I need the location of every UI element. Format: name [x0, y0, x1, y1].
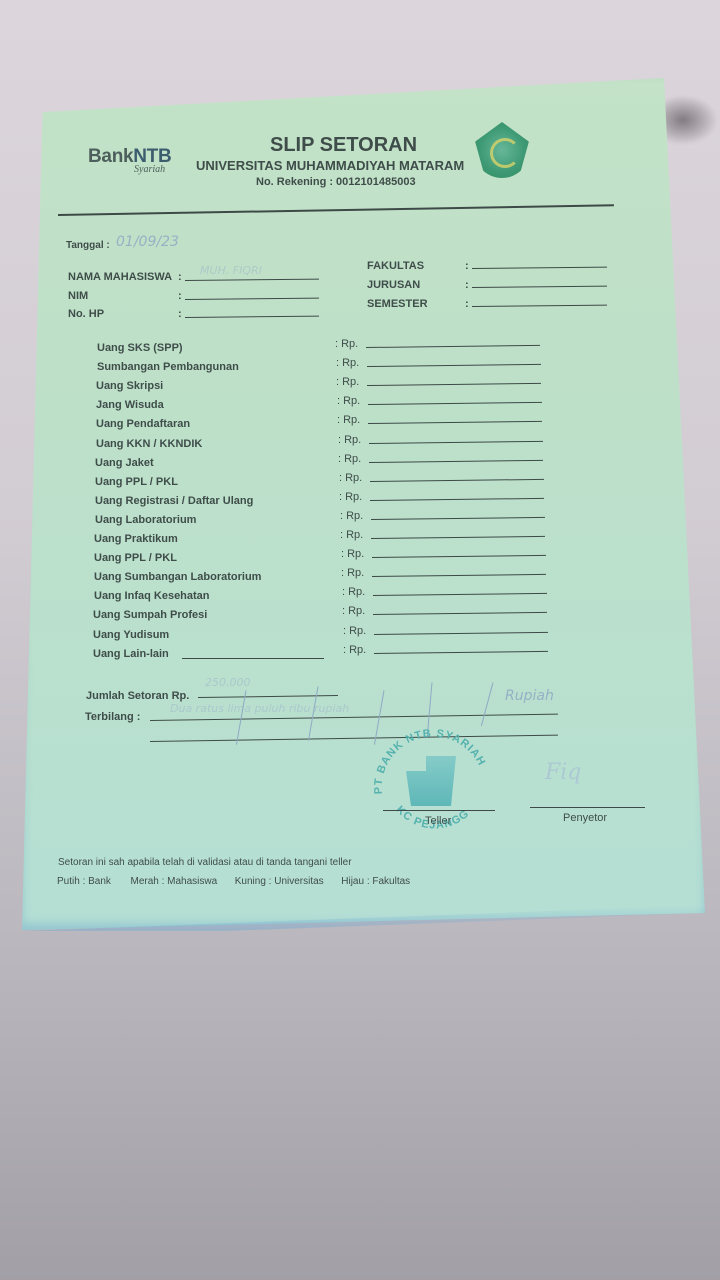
student-field-label: NIM	[68, 290, 88, 302]
fee-item-rp: : Rp.	[342, 605, 365, 617]
institution-name: UNIVERSITAS MUHAMMADIYAH MATARAM	[196, 158, 464, 173]
fee-item-label: Uang Infaq Kesehatan	[94, 590, 210, 602]
in-words-label: Terbilang :	[85, 711, 140, 723]
bank-logo-sub: Syariah	[134, 164, 165, 175]
date-value: 01/09/23	[116, 234, 179, 250]
fee-item-label: Uang Registrasi / Daftar Ulang	[95, 495, 253, 507]
account-number: No. Rekening : 0012101485003	[256, 176, 416, 188]
fee-item-label: Uang SKS (SPP)	[97, 342, 183, 354]
copy-red: Merah : Mahasiswa	[130, 876, 217, 887]
fee-item-label: Uang PPL / PKL	[94, 552, 177, 564]
fee-item-rp: : Rp.	[338, 434, 361, 446]
copy-distribution: Putih : Bank Merah : Mahasiswa Kuning : …	[57, 876, 410, 887]
academic-field-separator: :	[465, 298, 469, 310]
fee-item-rp: : Rp.	[339, 472, 362, 484]
copy-yellow: Kuning : Universitas	[235, 876, 324, 887]
fee-item-label: Uang Skripsi	[96, 380, 163, 392]
student-field-separator: :	[178, 308, 182, 320]
copy-green: Hijau : Fakultas	[341, 876, 410, 887]
fee-item-label: Uang PPL / PKL	[95, 476, 178, 488]
amount-label: Jumlah Setoran Rp.	[86, 690, 189, 702]
svg-text:PT BANK NTB SYARIAH: PT BANK NTB SYARIAH	[373, 728, 488, 795]
depositor-signature-line	[530, 807, 645, 808]
student-field-label: No. HP	[68, 308, 104, 320]
validity-note: Setoran ini sah apabila telah di validas…	[58, 857, 352, 868]
fee-item-label: Uang Yudisum	[93, 629, 169, 641]
bank-logo-main: Bank	[88, 146, 133, 167]
depositor-label: Penyetor	[563, 812, 607, 824]
fee-item-rp: : Rp.	[340, 510, 363, 522]
fee-item-rp: : Rp.	[339, 491, 362, 503]
student-field-separator: :	[178, 290, 182, 302]
date-label: Tanggal :	[66, 240, 110, 251]
slip-title: SLIP SETORAN	[270, 134, 417, 157]
academic-field-label: JURUSAN	[367, 279, 420, 291]
fee-item-rp: : Rp.	[341, 548, 364, 560]
fee-item-rp: : Rp.	[337, 395, 360, 407]
fee-item-rp: : Rp.	[340, 529, 363, 541]
fee-item-label: Uang Lain-lain	[93, 648, 169, 660]
fee-item-label: Uang KKN / KKNDIK	[96, 438, 202, 450]
fee-item-rp: : Rp.	[336, 357, 359, 369]
seal-crescent-icon	[490, 138, 520, 168]
fee-item-label: Uang Pendaftaran	[96, 418, 190, 430]
fee-item-label: Uang Sumpah Profesi	[93, 609, 207, 621]
student-field-separator: :	[178, 271, 182, 283]
teller-label: Teller	[425, 815, 451, 827]
fee-item-rp: : Rp.	[337, 414, 360, 426]
fee-item-rp: : Rp.	[335, 338, 358, 350]
academic-field-separator: :	[465, 260, 469, 272]
fee-item-label: Jang Wisuda	[96, 399, 164, 411]
teller-signature-line	[383, 810, 495, 811]
stamp-top-text: PT BANK NTB SYARIAH	[373, 728, 488, 795]
fee-item-label: Uang Praktikum	[94, 533, 178, 545]
fee-item-rp: : Rp.	[341, 567, 364, 579]
fee-item-rp: : Rp.	[343, 625, 366, 637]
fee-item-label: Uang Jaket	[95, 457, 154, 469]
fee-item-label: Uang Sumbangan Laboratorium	[94, 571, 261, 583]
academic-field-label: SEMESTER	[367, 298, 428, 310]
amount-value: 250.000	[205, 676, 251, 689]
depositor-signature: Fiq	[545, 760, 581, 785]
in-words-value: Dua ratus lima puluh ribu rupiah	[170, 702, 349, 715]
fee-item-rp: : Rp.	[338, 453, 361, 465]
fee-item-rp: : Rp.	[336, 376, 359, 388]
student-field-value[interactable]: MUH. FIQRI	[200, 264, 262, 277]
fee-item-rp: : Rp.	[342, 586, 365, 598]
fee-item-label: Sumbangan Pembangunan	[97, 361, 239, 373]
fee-other-description-line	[182, 658, 324, 659]
fee-item-label: Uang Laboratorium	[95, 514, 196, 526]
academic-field-separator: :	[465, 279, 469, 291]
fee-item-rp: : Rp.	[343, 644, 366, 656]
academic-field-label: FAKULTAS	[367, 260, 424, 272]
in-words-tail: Rupiah	[505, 688, 554, 704]
copy-white: Putih : Bank	[57, 876, 111, 887]
student-field-label: NAMA MAHASISWA	[68, 271, 172, 283]
